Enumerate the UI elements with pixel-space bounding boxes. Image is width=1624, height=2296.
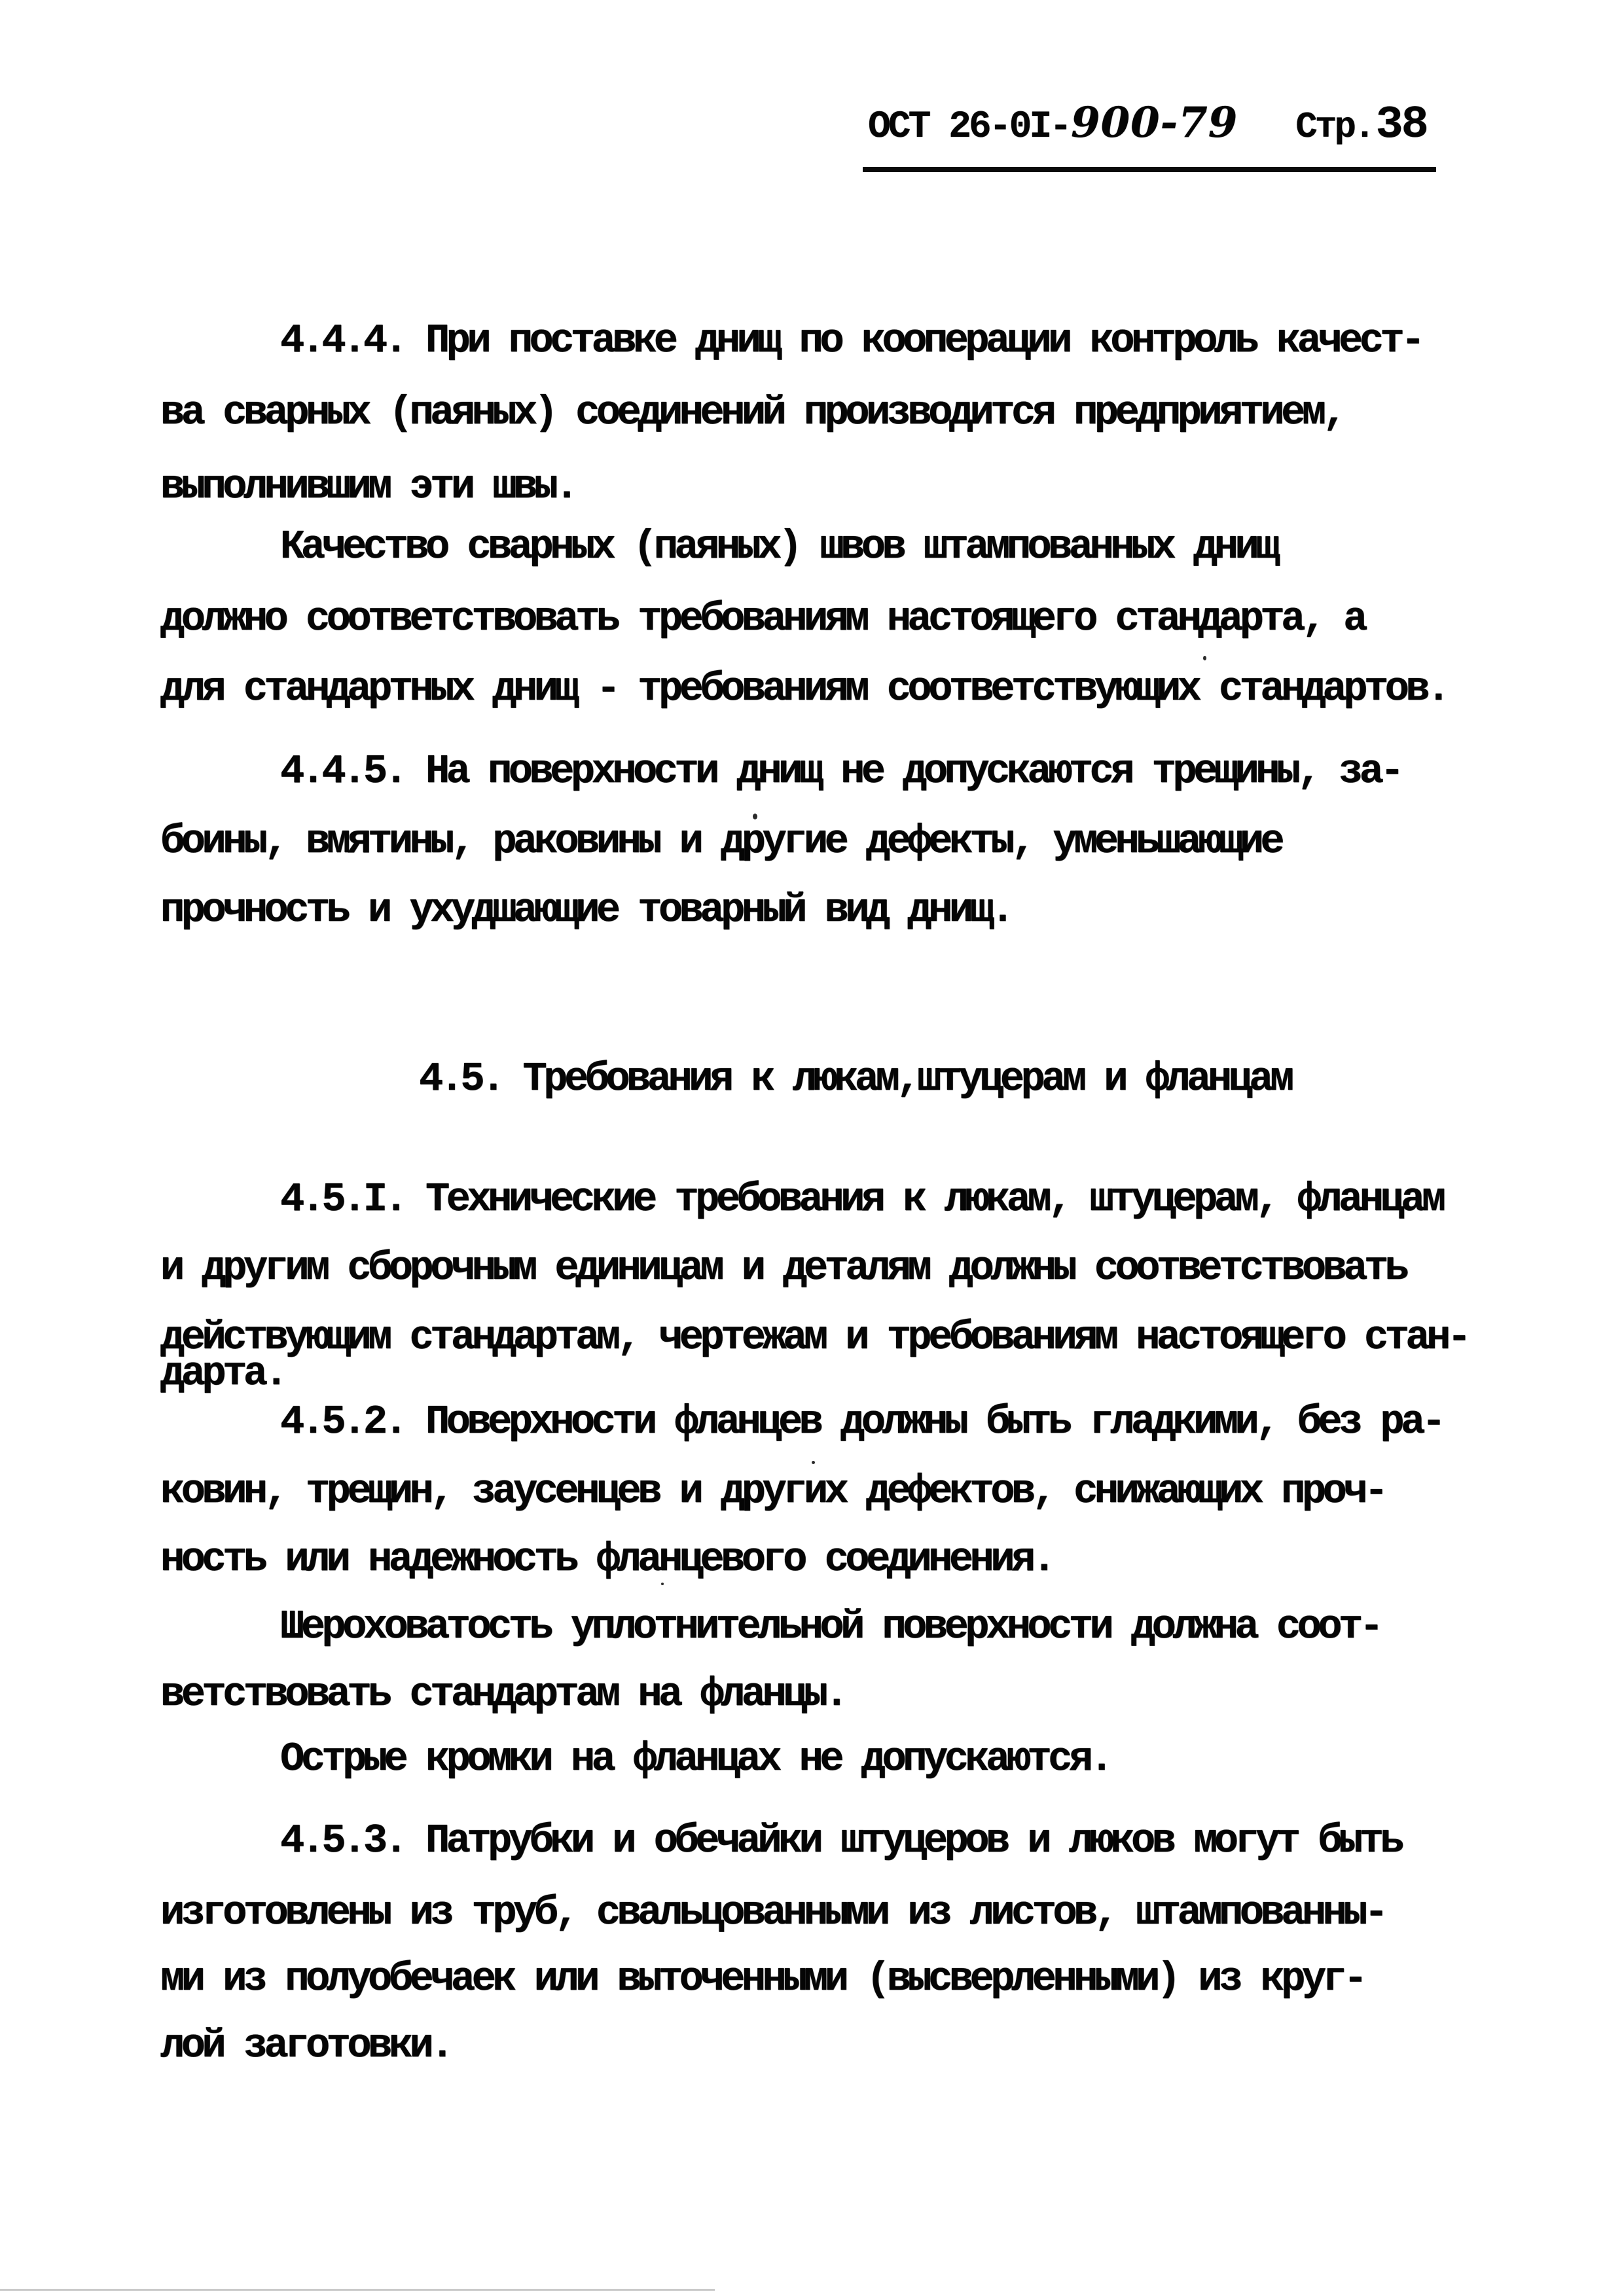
text-line: ветствовать стандартам на фланцы.	[160, 1674, 845, 1715]
text-line: 4.5.2. Поверхности фланцев должны быть г…	[280, 1402, 1443, 1443]
text-line: Шероховатость уплотнительной поверхности…	[280, 1607, 1380, 1647]
text-line: Острые кромки на фланцах не допускаются.	[280, 1739, 1110, 1780]
document-page: ОСТ 26-0I- 900-79 Стр. 38 4.4.4. При пос…	[0, 0, 1624, 2296]
text-line: 4.4.4. При поставке днищ по кооперации к…	[280, 321, 1422, 361]
scan-speck	[661, 1583, 664, 1585]
section-heading: 4.5. Требования к люкам,штуцерам и фланц…	[419, 1059, 1291, 1100]
text-line: должно соответствовать требованиям насто…	[160, 599, 1364, 639]
standard-designation: ОСТ 26-0I-	[868, 106, 1070, 149]
text-line: прочность и ухудшающие товарный вид днищ…	[160, 890, 1011, 931]
page-number: 38	[1376, 99, 1427, 151]
scan-speck	[1203, 656, 1206, 660]
scan-edge-shadow	[0, 2289, 715, 2291]
scan-speck	[812, 1461, 815, 1464]
text-line: для стандартных днищ - требованиям соотв…	[160, 669, 1447, 709]
page-header: ОСТ 26-0I- 900-79 Стр. 38	[863, 98, 1436, 172]
text-line: дарта.	[160, 1354, 285, 1394]
scan-speck	[753, 814, 757, 819]
text-line: действующим стандартам, чертежам и требо…	[160, 1318, 1468, 1358]
standard-number-handwritten: 900-79	[1071, 98, 1238, 147]
text-line: 4.5.3. Патрубки и обечайки штуцеров и лю…	[280, 1821, 1401, 1861]
text-line: выполнившим эти швы.	[160, 467, 575, 507]
text-line: ва сварных (паяных) соединений производи…	[160, 393, 1343, 433]
text-line: ность или надежность фланцевого соединен…	[160, 1539, 1053, 1580]
text-line: Качество сварных (паяных) швов штампован…	[280, 527, 1276, 567]
text-line: и другим сборочным единицам и деталям до…	[160, 1248, 1405, 1289]
text-line: лой заготовки.	[160, 2026, 451, 2066]
text-line: изготовлены из труб, свальцованными из л…	[160, 1893, 1385, 1933]
text-line: 4.4.5. На поверхности днищ не допускаютс…	[280, 751, 1401, 792]
text-line: ми из полуобечаек или выточенными (высве…	[160, 1959, 1364, 2000]
text-line: ковин, трещин, заусенцев и других дефект…	[160, 1471, 1385, 1512]
text-line: боины, вмятины, раковины и другие дефект…	[160, 821, 1281, 862]
page-label: Стр.	[1295, 106, 1373, 148]
text-line: 4.5.I. Технические требования к люкам, ш…	[280, 1179, 1443, 1220]
